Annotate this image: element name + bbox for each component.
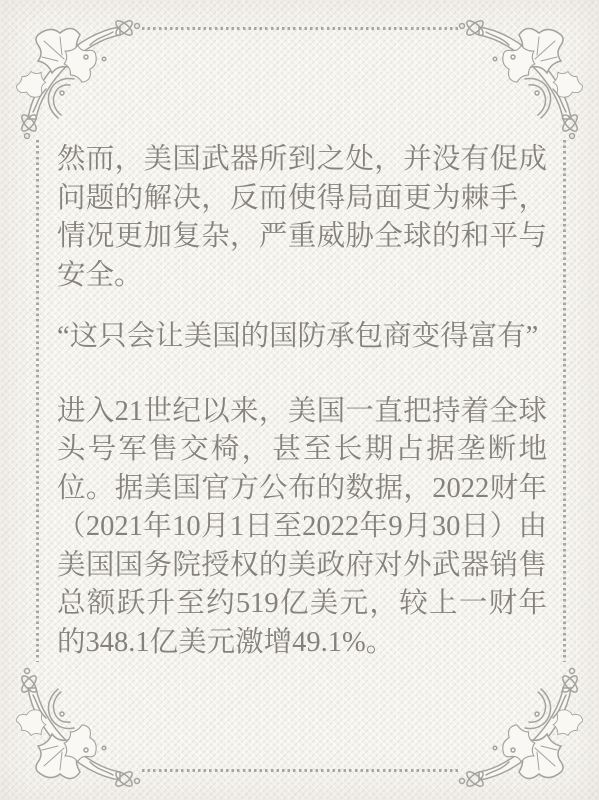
article-text: 然而，美国武器所到之处，并没有促成问题的解决，反而使得局面更为棘手，情况更加复杂…	[57, 141, 547, 662]
border-dotted-right	[563, 140, 566, 662]
corner-ornament-bottom-right-icon	[457, 666, 583, 792]
corner-ornament-top-left-icon	[16, 15, 142, 141]
corner-ornament-bottom-left-icon	[16, 666, 142, 792]
border-dotted-top	[142, 27, 458, 30]
article-page: 然而，美国武器所到之处，并没有促成问题的解决，反而使得局面更为棘手，情况更加复杂…	[0, 0, 599, 800]
paragraph-intro: 然而，美国武器所到之处，并没有促成问题的解决，反而使得局面更为棘手，情况更加复杂…	[57, 141, 547, 295]
paragraph-quote: “这只会让美国的国防承包商变得富有”	[57, 318, 547, 357]
paragraph-data: 进入21世纪以来，美国一直把持着全球头号军售交椅，甚至长期占据垄断地位。据美国官…	[57, 393, 547, 663]
border-dotted-bottom	[142, 769, 458, 772]
border-dotted-left	[36, 140, 39, 662]
corner-ornament-top-right-icon	[457, 15, 583, 141]
